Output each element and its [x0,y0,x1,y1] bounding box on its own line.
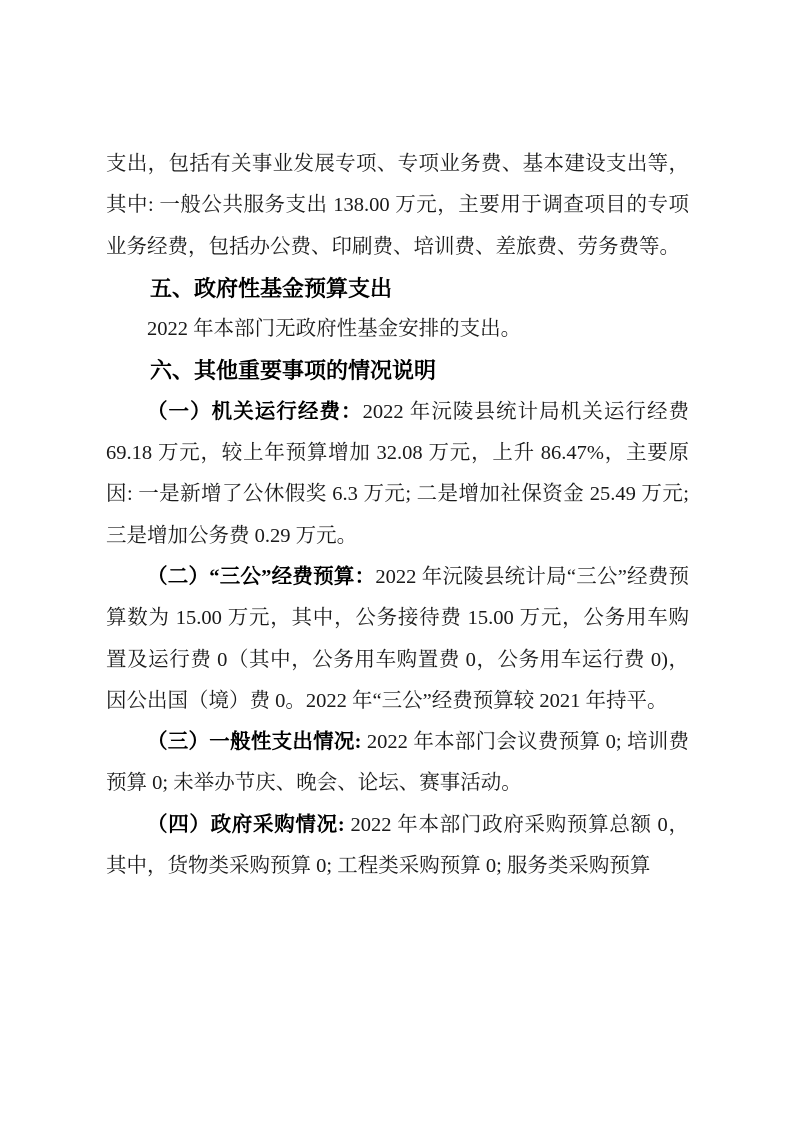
paragraph-item-1-agency-operating-cost: （一）机关运行经费：2022 年沅陵县统计局机关运行经费 69.18 万元，较上… [106,392,689,557]
item-3-lead: （三）一般性支出情况: [147,731,367,753]
paragraph-gov-fund-statement: 2022 年本部门无政府性基金安排的支出。 [106,309,689,350]
paragraph-item-4-government-procurement: （四）政府采购情况: 2022 年本部门政府采购预算总额 0，其中，货物类采购预… [106,805,689,888]
document-page: 支出，包括有关事业发展专项、专项业务费、基本建设支出等，其中: 一般公共服务支出… [0,0,793,1122]
heading-section-6-other-important-matters: 六、其他重要事项的情况说明 [106,350,689,391]
heading-section-5-gov-fund-budget: 五、政府性基金预算支出 [106,268,689,309]
paragraph-item-3-general-expenditure: （三）一般性支出情况: 2022 年本部门会议费预算 0; 培训费预算 0; 未… [106,722,689,805]
item-1-lead: （一）机关运行经费： [147,401,363,423]
item-4-lead: （四）政府采购情况: [147,814,350,836]
paragraph-item-2-three-public-expenses: （二）“三公”经费预算：2022 年沅陵县统计局“三公”经费预算数为 15.00… [106,557,689,722]
item-2-lead: （二）“三公”经费预算： [147,566,375,588]
paragraph-functional-expenditure: 支出，包括有关事业发展专项、专项业务费、基本建设支出等，其中: 一般公共服务支出… [106,144,689,268]
